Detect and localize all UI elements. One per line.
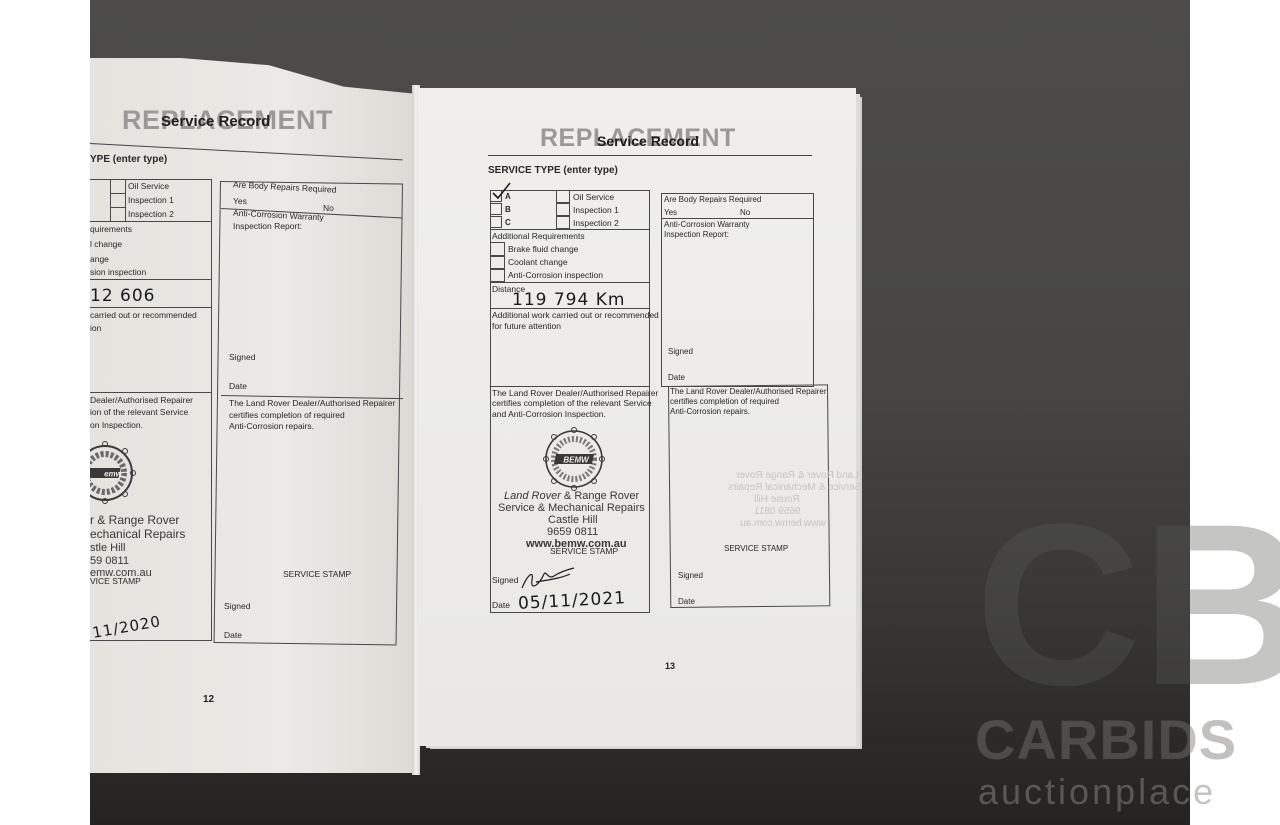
service-record-title: Service Record <box>161 113 270 130</box>
service-stamp-label: SERVICE STAMP <box>724 544 788 553</box>
page-number: 12 <box>203 694 214 705</box>
dealer-cert-line: on Inspection. <box>90 420 143 430</box>
dealer-cert-line: The Land Rover Dealer/Authorised Repaire… <box>492 388 658 398</box>
ghost-stamp-line: Rouse Hill <box>754 494 800 505</box>
repair-cert-line: certifies completion of required <box>229 410 345 420</box>
inspection-report-label: Inspection Report: <box>233 221 302 231</box>
signed-label: Signed <box>492 575 518 585</box>
brake-fluid-checkbox[interactable] <box>490 242 505 256</box>
ghost-stamp-line: Land Rover & Range Rover <box>736 470 859 481</box>
page-number: 13 <box>665 661 675 671</box>
table-divider <box>110 193 125 194</box>
stamp-line: stle Hill <box>90 542 125 554</box>
service-code-label: B <box>505 205 511 214</box>
requirement-item: ange <box>90 254 109 264</box>
yes-label: Yes <box>664 208 677 217</box>
signed-label: Signed <box>678 571 703 580</box>
date-label: Date <box>492 600 510 610</box>
table-divider <box>490 386 650 387</box>
table-divider <box>490 282 650 283</box>
requirement-item: sion inspection <box>90 267 146 277</box>
inspection-1-option: Inspection 1 <box>128 195 174 205</box>
service-type-label: SERVICE TYPE (enter type) <box>488 165 618 176</box>
table-divider <box>90 392 212 393</box>
signed-label: Signed <box>668 347 693 356</box>
bemw-stamp-logo-icon: BEMW <box>536 426 612 492</box>
service-stamp-label: SERVICE STAMP <box>283 569 351 579</box>
additional-work-label: carried out or recommended <box>90 310 197 320</box>
date-label: Date <box>678 597 695 606</box>
requirement-item: Brake fluid change <box>508 244 578 254</box>
service-code-label: A <box>505 192 511 201</box>
inspection-1-option: Inspection 1 <box>573 205 619 215</box>
dealer-cert-line: ion of the relevant Service <box>90 407 188 417</box>
additional-work-label: Additional work carried out or recommend… <box>492 310 659 320</box>
carbids-logo-mark: CB <box>975 500 1280 710</box>
stamp-line: r & Range Rover <box>90 513 179 527</box>
page-header: REPLACEMENT Service Record <box>540 124 736 153</box>
body-repairs-label: Are Body Repairs Required <box>664 195 761 204</box>
distance-value: 12 606 <box>90 286 155 306</box>
oil-service-option: Oil Service <box>128 181 169 191</box>
table-divider <box>110 207 125 208</box>
table-divider <box>661 218 814 219</box>
additional-work-label-2: for future attention <box>492 321 561 331</box>
distance-value: 119 794 Km <box>512 290 625 310</box>
inspection-1-checkbox[interactable] <box>556 203 570 216</box>
date-label: Date <box>668 373 685 382</box>
requirement-item: l change <box>90 239 122 249</box>
stamp-line: Castle Hill <box>548 514 598 526</box>
page-header: REPLACEMENT Service Record <box>122 105 333 136</box>
ghost-stamp-line: 9659 0811 <box>754 506 801 517</box>
requirement-item: Coolant change <box>508 257 568 267</box>
bemw-stamp-logo-icon: emw <box>90 438 150 508</box>
service-book-page-12: REPLACEMENT Service Record YPE (enter ty… <box>90 58 415 773</box>
requirement-item: Anti-Corrosion inspection <box>508 270 603 280</box>
service-stamp-label: VICE STAMP <box>90 576 141 586</box>
ghost-stamp-line: Service & Mechanical Repairs <box>728 482 861 493</box>
service-type-label: YPE (enter type) <box>90 154 167 165</box>
svg-text:emw: emw <box>104 470 123 479</box>
signed-label: Signed <box>224 601 250 611</box>
dealer-cert-line: and Anti-Corrosion Inspection. <box>492 409 606 419</box>
date-label: Date <box>229 381 247 391</box>
stamp-line: 9659 0811 <box>547 526 598 538</box>
additional-requirements-label: Additional Requirements <box>492 231 585 241</box>
carbids-brand-text: CARBIDS <box>975 710 1237 770</box>
service-record-title: Service Record <box>597 133 699 149</box>
stamp-line: Land Rover & Range Rover <box>504 490 639 502</box>
carbids-tagline: auctionplace <box>978 772 1216 812</box>
coolant-checkbox[interactable] <box>490 256 505 269</box>
table-divider <box>490 308 650 309</box>
stamp-line: echanical Repairs <box>90 527 185 541</box>
table-divider <box>490 229 650 230</box>
anti-corrosion-label: Anti-Corrosion Warranty <box>664 220 750 229</box>
service-code-c-checkbox[interactable] <box>490 216 502 228</box>
table-divider <box>110 179 111 221</box>
no-label: No <box>740 208 750 217</box>
oil-service-checkbox[interactable] <box>556 190 570 203</box>
service-book-page-13: REPLACEMENT Service Record SERVICE TYPE … <box>418 88 856 746</box>
stamp-line: 59 0811 <box>90 555 129 567</box>
dealer-cert-line: certifies completion of the relevant Ser… <box>492 398 652 408</box>
table-divider <box>90 279 212 280</box>
no-label: No <box>323 203 334 213</box>
service-code-label: C <box>505 218 511 227</box>
repair-cert-line: Anti-Corrosion repairs. <box>229 421 314 431</box>
inspection-report-label: Inspection Report: <box>664 230 729 239</box>
additional-work-label-2: ion <box>90 323 101 333</box>
table-divider <box>125 179 126 221</box>
date-label: Date <box>224 630 242 640</box>
inspection-2-option: Inspection 2 <box>128 209 174 219</box>
repair-cert-line: Anti-Corrosion repairs. <box>670 407 750 416</box>
table-divider <box>90 221 212 222</box>
header-rule <box>488 155 812 156</box>
table-divider <box>90 307 212 308</box>
service-stamp-label: SERVICE STAMP <box>550 546 618 556</box>
stamp-line: Service & Mechanical Repairs <box>498 502 645 514</box>
repair-cert-line: The Land Rover Dealer/Authorised Repaire… <box>670 387 827 396</box>
service-code-b-checkbox[interactable] <box>490 203 502 215</box>
oil-service-option: Oil Service <box>573 192 614 202</box>
dealer-cert-line: Dealer/Authorised Repairer <box>90 395 193 405</box>
signed-label: Signed <box>229 352 255 362</box>
svg-text:BEMW: BEMW <box>563 456 590 465</box>
inspection-2-checkbox[interactable] <box>556 216 570 229</box>
repair-cert-line: certifies completion of required <box>670 397 779 406</box>
additional-requirements-label: quirements <box>90 224 132 234</box>
ghost-stamp-line: www.bemw.com.au <box>740 518 826 529</box>
repair-cert-line: The Land Rover Dealer/Authorised Repaire… <box>229 398 395 408</box>
yes-label: Yes <box>233 196 247 206</box>
inspection-2-option: Inspection 2 <box>573 218 619 228</box>
anti-corrosion-checkbox[interactable] <box>490 269 505 282</box>
